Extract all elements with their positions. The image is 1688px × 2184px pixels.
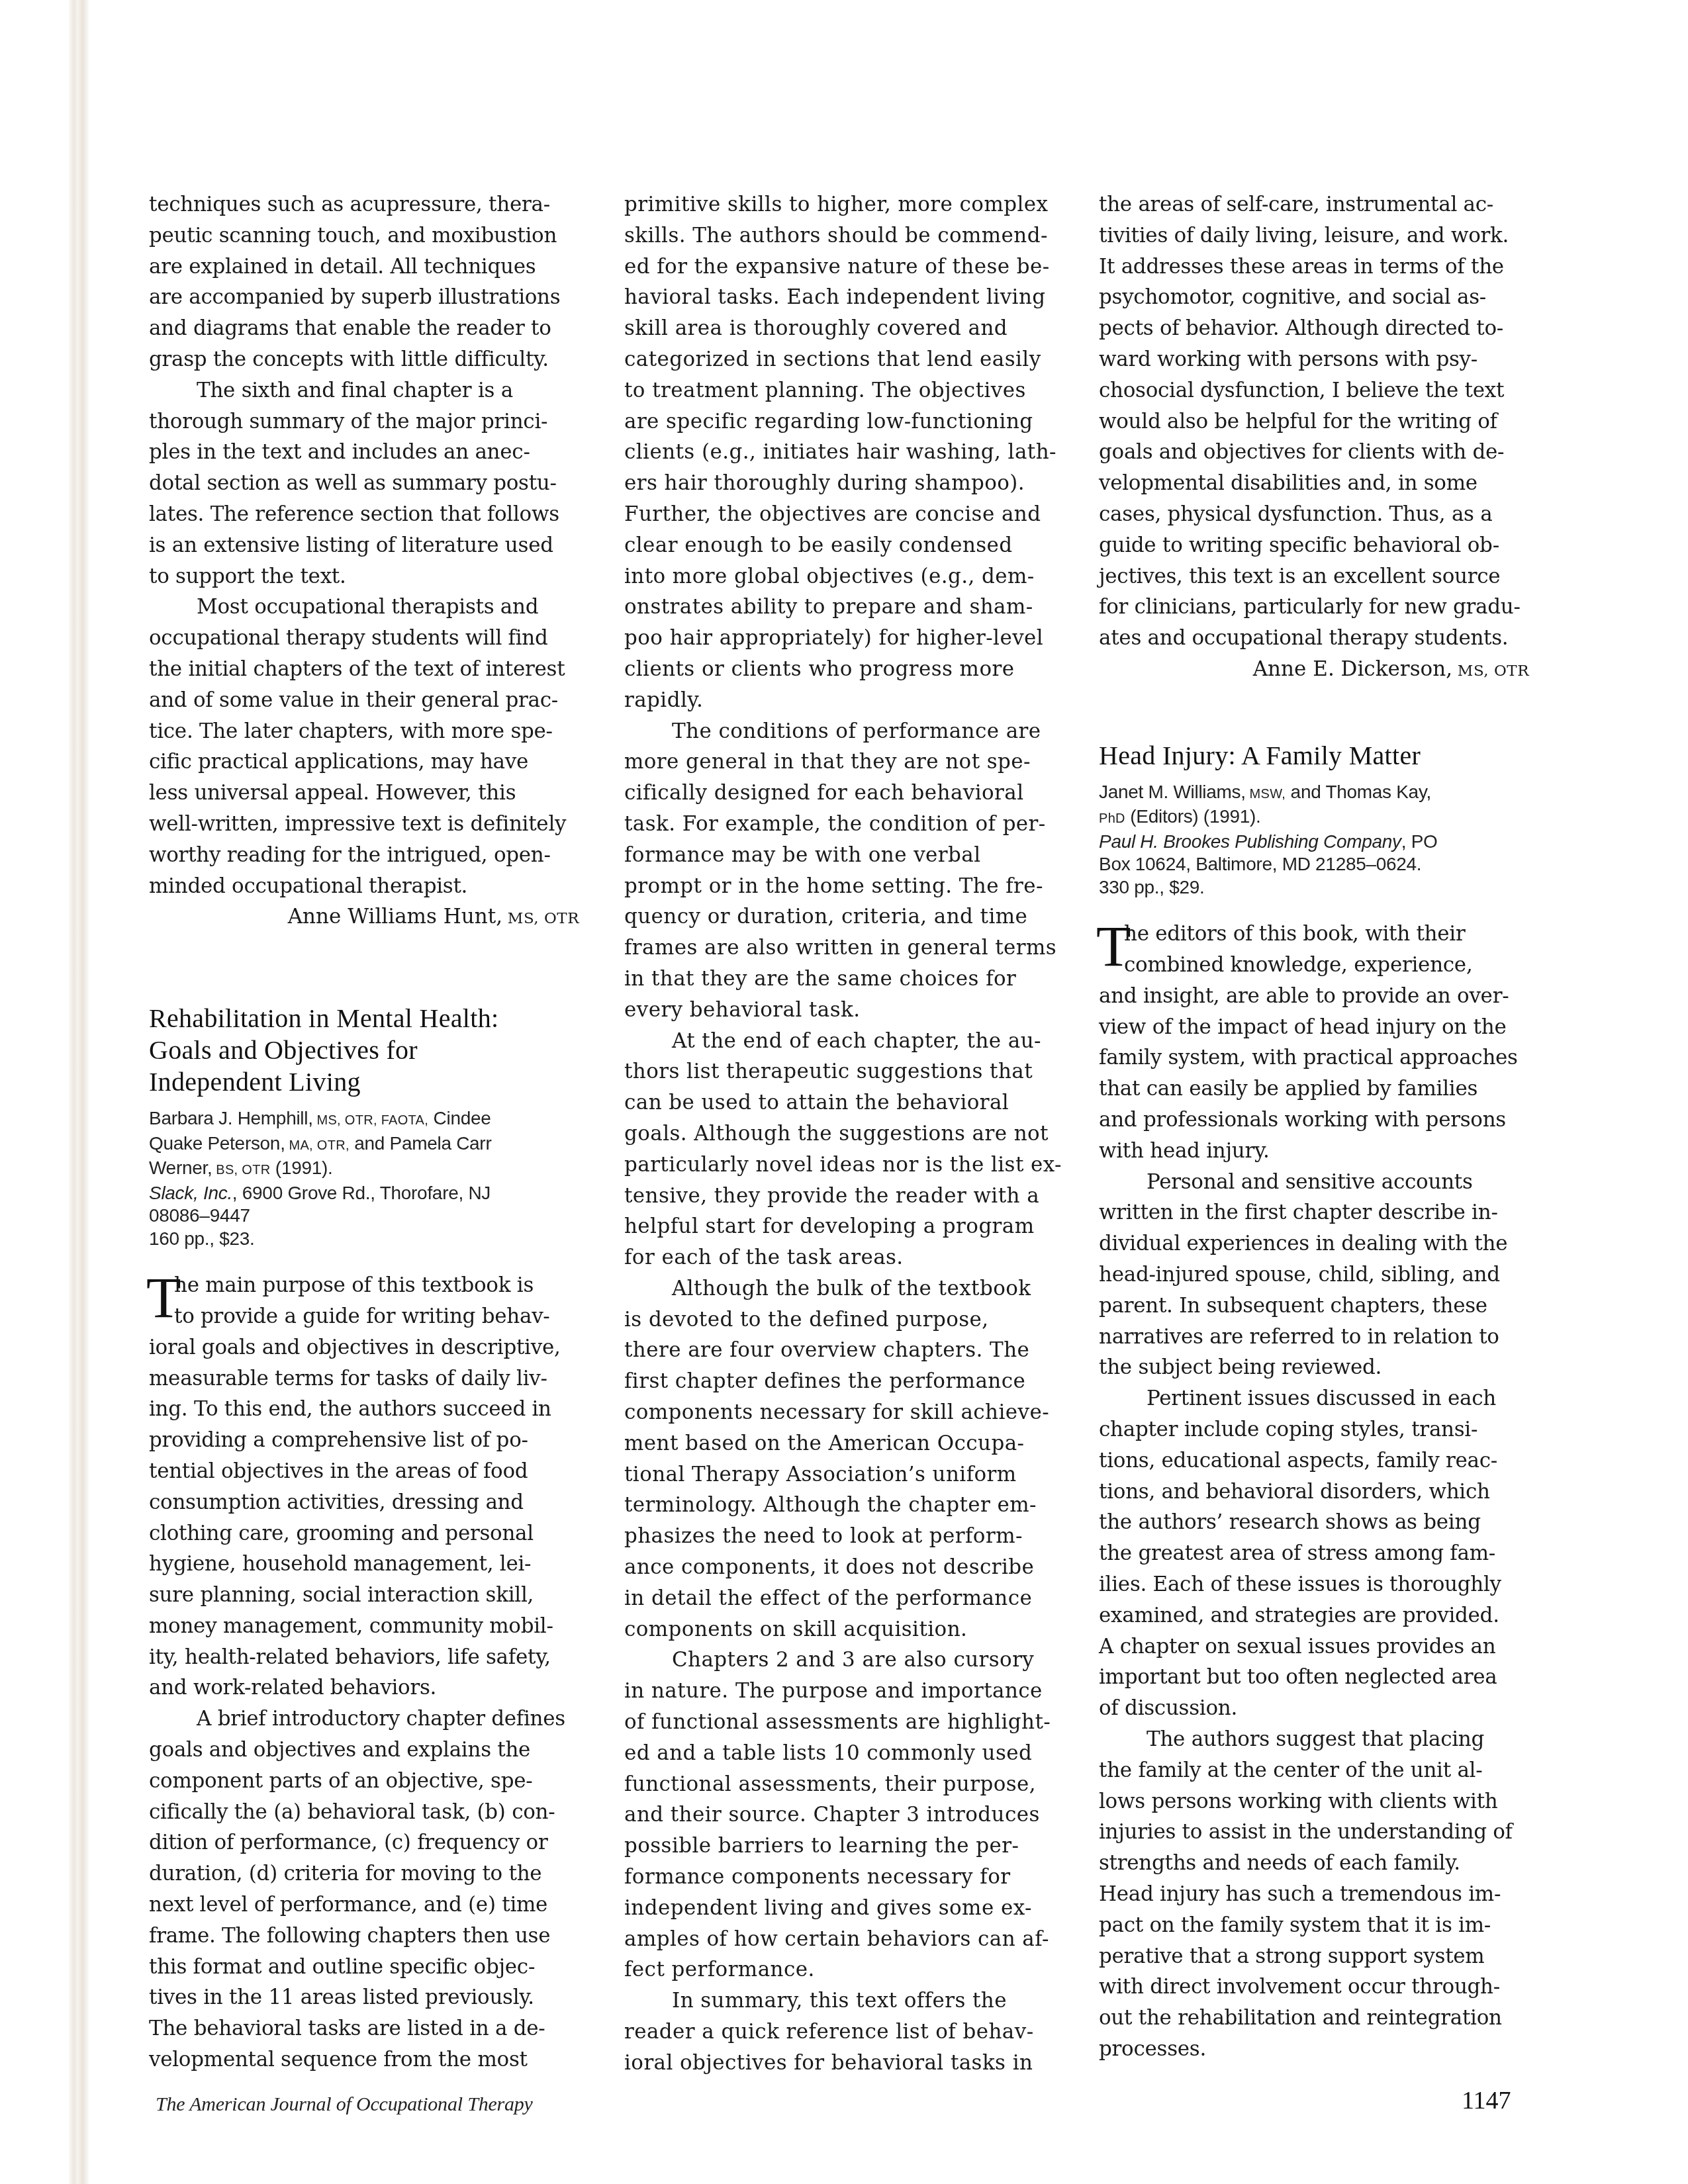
text-line: skills. The authors should be commend- (624, 220, 1055, 251)
review2-paragraph-2: A brief introductory chapter definesgoal… (149, 1704, 579, 2075)
footer-journal-title: The American Journal of Occupational The… (156, 2093, 533, 2116)
text-line: for each of the task areas. (624, 1242, 1055, 1273)
text-line: dotal section as well as summary postu- (149, 468, 579, 499)
author-name: and Pamela Carr (350, 1133, 492, 1154)
text-line: dition of performance, (c) frequency or (149, 1827, 579, 1858)
text-line: amples of how certain behaviors can af- (624, 1924, 1055, 1955)
author-credentials: MSW, (1246, 787, 1286, 801)
review2-paragraph-7: Chapters 2 and 3 are also cursoryin natu… (624, 1645, 1055, 1985)
text-line: velopmental disabilities and, in some (1099, 468, 1529, 499)
text-line: goals and objectives and explains the (149, 1735, 579, 1766)
text-line: havioral tasks. Each independent living (624, 282, 1055, 313)
text-line: clear enough to be easily condensed (624, 530, 1055, 561)
publisher-address-line-2: Box 10624, Baltimore, MD 21285–0624. (1099, 853, 1529, 876)
column-3: the areas of self-care, instrumental ac-… (1099, 189, 1529, 2065)
text-line: dividual experiences in dealing with the (1099, 1228, 1529, 1259)
text-line: sure planning, social interaction skill, (149, 1580, 579, 1611)
text-line: ed for the expansive nature of these be- (624, 251, 1055, 283)
text-line: this format and outline specific objec- (149, 1952, 579, 1983)
text-line: thors list therapeutic suggestions that (624, 1056, 1055, 1087)
text-line: pact on the family system that it is im- (1099, 1910, 1529, 1941)
text-line: to provide a guide for writing behav- (174, 1301, 579, 1332)
text-line: It addresses these areas in terms of the (1099, 251, 1529, 283)
author-name: Janet M. Williams, (1099, 782, 1246, 802)
text-line: At the end of each chapter, the au- (624, 1026, 1055, 1057)
text-line: rapidly. (624, 685, 1055, 716)
review2-title: Rehabilitation in Mental Health: Goals a… (149, 1003, 579, 1098)
text-line: and diagrams that enable the reader to (149, 313, 579, 344)
text-line: The behavioral tasks are listed in a de- (149, 2013, 579, 2044)
author-credentials: PhD (1099, 811, 1125, 826)
text-line: every behavioral task. (624, 995, 1055, 1026)
text-line: clients or clients who progress more (624, 654, 1055, 685)
text-line: the authors’ research shows as being (1099, 1507, 1529, 1538)
review2-signature: Anne E. Dickerson, MS, OTR (1099, 654, 1529, 687)
text-line: task. For example, the condition of per- (624, 809, 1055, 840)
text-line: with direct involvement occur through- (1099, 1972, 1529, 2003)
reviewer-credentials: MS, OTR (1452, 662, 1529, 680)
text-line: In summary, this text offers the (624, 1985, 1055, 2017)
text-line: chapter include coping styles, transi- (1099, 1414, 1529, 1445)
text-line: possible barriers to learning the per- (624, 1831, 1055, 1862)
drop-cap: T (146, 1271, 181, 1324)
page-number: 1147 (1462, 2086, 1511, 2115)
text-line: narratives are referred to in relation t… (1099, 1322, 1529, 1353)
text-line: formance components necessary for (624, 1862, 1055, 1893)
text-line: thorough summary of the major princi- (149, 406, 579, 437)
review3-opening: T he editors of this book, with theircom… (1099, 919, 1529, 981)
text-line: ed and a table lists 10 commonly used (624, 1738, 1055, 1769)
author-name: Barbara J. Hemphill, (149, 1108, 313, 1128)
text-line: terminology. Although the chapter em- (624, 1490, 1055, 1521)
text-line: Further, the objectives are concise and (624, 499, 1055, 530)
text-line: with head injury. (1099, 1136, 1529, 1167)
text-line: family system, with practical approaches (1099, 1042, 1529, 1073)
text-line: primitive skills to higher, more complex (624, 189, 1055, 220)
review2-paragraph-9: the areas of self-care, instrumental ac-… (1099, 189, 1529, 654)
text-line: more general in that they are not spe- (624, 747, 1055, 778)
text-line: tional Therapy Association’s uniform (624, 1459, 1055, 1490)
pages-price: 160 pp., $23. (149, 1228, 579, 1251)
text-line: and their source. Chapter 3 introduces (624, 1799, 1055, 1831)
text-line: helpful start for developing a program (624, 1211, 1055, 1242)
column-1: techniques such as acupressure, thera-pe… (149, 189, 579, 2075)
text-line: are explained in detail. All techniques (149, 251, 579, 283)
text-line: reader a quick reference list of behav- (624, 2017, 1055, 2048)
text-line: tensive, they provide the reader with a (624, 1181, 1055, 1212)
text-line: consumption activities, dressing and (149, 1487, 579, 1518)
reviewer-credentials: MS, OTR (502, 910, 579, 927)
publisher: Paul H. Brookes Publishing Company (1099, 831, 1401, 852)
text-line: prompt or in the home setting. The fre- (624, 871, 1055, 902)
review2-paragraph-1: ioral goals and objectives in descriptiv… (149, 1332, 579, 1704)
text-line: techniques such as acupressure, thera- (149, 189, 579, 220)
review2-paragraph-3: primitive skills to higher, more complex… (624, 189, 1055, 716)
text-line: and professionals working with persons (1099, 1105, 1529, 1136)
text-line: components on skill acquisition. (624, 1614, 1055, 1645)
publisher: Slack, Inc. (149, 1183, 232, 1203)
text-line: The sixth and final chapter is a (149, 375, 579, 406)
review1-paragraph-2: The sixth and final chapter is athorough… (149, 375, 579, 592)
text-line: the initial chapters of the text of inte… (149, 654, 579, 685)
text-line: tivities of daily living, leisure, and w… (1099, 220, 1529, 251)
reviewer-name: Anne E. Dickerson, (1253, 657, 1452, 681)
text-line: functional assessments, their purpose, (624, 1769, 1055, 1800)
text-line: perative that a strong support system (1099, 1941, 1529, 1972)
text-line: measurable terms for tasks of daily liv- (149, 1363, 579, 1394)
text-line: A brief introductory chapter defines (149, 1704, 579, 1735)
text-line: ance components, it does not describe (624, 1552, 1055, 1583)
text-line: that can easily be applied by families (1099, 1073, 1529, 1105)
text-line: head-injured spouse, child, sibling, and (1099, 1259, 1529, 1291)
text-line: to support the text. (149, 561, 579, 592)
text-line: cific practical applications, may have (149, 747, 579, 778)
title-line: Rehabilitation in Mental Health: (149, 1003, 579, 1034)
review2-paragraph-8: In summary, this text offers thereader a… (624, 1985, 1055, 2078)
text-line: ates and occupational therapy students. (1099, 623, 1529, 654)
text-line: tions, and behavioral disorders, which (1099, 1477, 1529, 1508)
text-line: view of the impact of head injury on the (1099, 1012, 1529, 1043)
text-line: lows persons working with clients with (1099, 1786, 1529, 1817)
text-line: The conditions of performance are (624, 716, 1055, 747)
text-line: Head injury has such a tremendous im- (1099, 1879, 1529, 1910)
text-line: Most occupational therapists and (149, 592, 579, 623)
review3-paragraph-2: Personal and sensitive accountswritten i… (1099, 1167, 1529, 1384)
review2-paragraph-5: At the end of each chapter, the au-thors… (624, 1026, 1055, 1273)
text-line: A chapter on sexual issues provides an (1099, 1631, 1529, 1662)
text-line: goals and objectives for clients with de… (1099, 437, 1529, 468)
reviewer-name: Anne Williams Hunt, (288, 905, 502, 929)
text-line: frame. The following chapters then use (149, 1921, 579, 1952)
text-line: tives in the 11 areas listed previously. (149, 1982, 579, 2013)
text-line: component parts of an objective, spe- (149, 1766, 579, 1797)
text-line: fect performance. (624, 1954, 1055, 1985)
column-2: primitive skills to higher, more complex… (624, 189, 1055, 2079)
text-line: he main purpose of this textbook is (174, 1270, 579, 1301)
text-line: are specific regarding low-functioning (624, 406, 1055, 437)
text-line: guide to writing specific behavioral ob- (1099, 530, 1529, 561)
drop-cap: T (1096, 920, 1131, 973)
publisher-address: , PO (1401, 831, 1438, 852)
text-line: independent living and gives some ex- (624, 1893, 1055, 1924)
text-line: money management, community mobil- (149, 1611, 579, 1642)
pages-price: 330 pp., $29. (1099, 876, 1529, 899)
text-line: ing. To this end, the authors succeed in (149, 1394, 579, 1425)
text-line: is devoted to the defined purpose, (624, 1304, 1055, 1336)
text-line: of discussion. (1099, 1693, 1529, 1724)
text-line: velopmental sequence from the most (149, 2044, 579, 2075)
text-line: ioral goals and objectives in descriptiv… (149, 1332, 579, 1363)
text-line: examined, and strategies are provided. (1099, 1600, 1529, 1631)
text-line: processes. (1099, 2034, 1529, 2065)
opening-lines: he main purpose of this textbook isto pr… (174, 1270, 579, 1332)
text-line: formance may be with one verbal (624, 840, 1055, 871)
review3-citation: Janet M. Williams, MSW, and Thomas Kay, … (1099, 781, 1529, 899)
review1-paragraph-3: Most occupational therapists andoccupati… (149, 592, 579, 901)
author-name: Werner, (149, 1158, 212, 1178)
text-line: providing a comprehensive list of po- (149, 1425, 579, 1456)
text-line: Chapters 2 and 3 are also cursory (624, 1645, 1055, 1676)
review3-paragraph-1: and insight, are able to provide an over… (1099, 981, 1529, 1167)
text-line: hygiene, household management, lei- (149, 1549, 579, 1580)
text-line: and work-related behaviors. (149, 1672, 579, 1704)
text-line: ilies. Each of these issues is thoroughl… (1099, 1569, 1529, 1600)
text-line: and insight, are able to provide an over… (1099, 981, 1529, 1012)
text-line: tions, educational aspects, family reac- (1099, 1445, 1529, 1477)
title-line: Goals and Objectives for (149, 1034, 579, 1066)
text-line: the subject being reviewed. (1099, 1352, 1529, 1383)
author-name: Quake Peterson, (149, 1133, 285, 1154)
author-name: Cindee (428, 1108, 491, 1128)
text-line: ity, health-related behaviors, life safe… (149, 1642, 579, 1673)
text-line: written in the first chapter describe in… (1099, 1197, 1529, 1228)
text-line: components necessary for skill achieve- (624, 1397, 1055, 1428)
title-line: Independent Living (149, 1066, 579, 1098)
text-line: cifically the (a) behavioral task, (b) c… (149, 1797, 579, 1828)
review2-citation: Barbara J. Hemphill, MS, OTR, FAOTA, Cin… (149, 1107, 579, 1250)
text-line: out the rehabilitation and reintegration (1099, 2003, 1529, 2034)
text-line: frames are also written in general terms (624, 933, 1055, 964)
text-line: Pertinent issues discussed in each (1099, 1383, 1529, 1414)
author-credentials: MS, OTR, FAOTA, (313, 1113, 428, 1128)
text-line: onstrates ability to prepare and sham- (624, 592, 1055, 623)
text-line: for clinicians, particularly for new gra… (1099, 592, 1529, 623)
text-line: skill area is thoroughly covered and (624, 313, 1055, 344)
text-line: in that they are the same choices for (624, 964, 1055, 995)
text-line: ers hair thoroughly during shampoo). (624, 468, 1055, 499)
text-line: ment based on the American Occupa- (624, 1428, 1055, 1459)
text-line: clients (e.g., initiates hair washing, l… (624, 437, 1055, 468)
text-line: less universal appeal. However, this (149, 778, 579, 809)
text-line: injuries to assist in the understanding … (1099, 1817, 1529, 1848)
text-line: combined knowledge, experience, (1124, 950, 1529, 981)
text-line: he editors of this book, with their (1124, 919, 1529, 950)
scan-edge-artifact (69, 0, 89, 2184)
text-line: in nature. The purpose and importance (624, 1676, 1055, 1707)
review1-paragraph-1: techniques such as acupressure, thera-pe… (149, 189, 579, 375)
text-line: peutic scanning touch, and moxibustion (149, 220, 579, 251)
text-line: cifically designed for each behavioral (624, 778, 1055, 809)
review2-opening: T he main purpose of this textbook isto … (149, 1270, 579, 1332)
text-line: would also be helpful for the writing of (1099, 406, 1529, 437)
text-line: minded occupational therapist. (149, 871, 579, 902)
text-line: phasizes the need to look at perform- (624, 1521, 1055, 1552)
publication-year: (1991). (270, 1158, 332, 1178)
text-line: quency or duration, criteria, and time (624, 901, 1055, 933)
text-line: first chapter defines the performance (624, 1366, 1055, 1397)
author-credentials: BS, OTR (212, 1163, 270, 1177)
review1-signature: Anne Williams Hunt, MS, OTR (149, 901, 579, 934)
text-line: goals. Although the suggestions are not (624, 1118, 1055, 1150)
text-line: the family at the center of the unit al- (1099, 1755, 1529, 1786)
review2-paragraph-4: The conditions of performance aremore ge… (624, 716, 1055, 1026)
text-line: psychomotor, cognitive, and social as- (1099, 282, 1529, 313)
text-line: clothing care, grooming and personal (149, 1518, 579, 1549)
text-line: strengths and needs of each family. (1099, 1848, 1529, 1879)
text-line: to treatment planning. The objectives (624, 375, 1055, 406)
text-line: important but too often neglected area (1099, 1662, 1529, 1693)
text-line: the greatest area of stress among fam- (1099, 1538, 1529, 1569)
text-line: is an extensive listing of literature us… (149, 530, 579, 561)
text-line: Personal and sensitive accounts (1099, 1167, 1529, 1198)
text-line: ward working with persons with psy- (1099, 344, 1529, 375)
text-line: tential objectives in the areas of food (149, 1456, 579, 1487)
text-line: the areas of self-care, instrumental ac- (1099, 189, 1529, 220)
text-line: poo hair appropriately) for higher-level (624, 623, 1055, 654)
text-line: parent. In subsequent chapters, these (1099, 1291, 1529, 1322)
publication-year: (Editors) (1991). (1125, 806, 1261, 827)
text-line: ioral objectives for behavioral tasks in (624, 2048, 1055, 2079)
text-line: chosocial dysfunction, I believe the tex… (1099, 375, 1529, 406)
text-line: are accompanied by superb illustrations (149, 282, 579, 313)
text-line: The authors suggest that placing (1099, 1724, 1529, 1755)
text-line: into more global objectives (e.g., dem- (624, 561, 1055, 592)
text-line: next level of performance, and (e) time (149, 1889, 579, 1921)
author-credentials: MA, OTR, (285, 1138, 350, 1153)
text-line: of functional assessments are highlight- (624, 1707, 1055, 1738)
text-line: lates. The reference section that follow… (149, 499, 579, 530)
text-line: there are four overview chapters. The (624, 1335, 1055, 1366)
review3-paragraph-3: Pertinent issues discussed in eachchapte… (1099, 1383, 1529, 1724)
publisher-address: , 6900 Grove Rd., Thorofare, NJ (232, 1183, 491, 1203)
author-name: and Thomas Kay, (1286, 782, 1431, 802)
review2-paragraph-6: Although the bulk of the textbookis devo… (624, 1273, 1055, 1645)
text-line: well-written, impressive text is definit… (149, 809, 579, 840)
text-line: ples in the text and includes an anec- (149, 437, 579, 468)
text-line: Although the bulk of the textbook (624, 1273, 1055, 1304)
text-line: in detail the effect of the performance (624, 1583, 1055, 1614)
text-line: pects of behavior. Although directed to- (1099, 313, 1529, 344)
text-line: grasp the concepts with little difficult… (149, 344, 579, 375)
text-line: tice. The later chapters, with more spe- (149, 716, 579, 747)
text-line: worthy reading for the intrigued, open- (149, 840, 579, 871)
text-line: duration, (d) criteria for moving to the (149, 1858, 579, 1889)
text-line: can be used to attain the behavioral (624, 1087, 1055, 1118)
opening-lines: he editors of this book, with theircombi… (1124, 919, 1529, 981)
text-line: categorized in sections that lend easily (624, 344, 1055, 375)
text-line: occupational therapy students will find (149, 623, 579, 654)
review3-paragraph-4: The authors suggest that placingthe fami… (1099, 1724, 1529, 2065)
text-line: particularly novel ideas nor is the list… (624, 1150, 1055, 1181)
publisher-zip: 08086–9447 (149, 1205, 579, 1228)
text-line: jectives, this text is an excellent sour… (1099, 561, 1529, 592)
text-line: cases, physical dysfunction. Thus, as a (1099, 499, 1529, 530)
text-line: and of some value in their general prac- (149, 685, 579, 716)
review3-title: Head Injury: A Family Matter (1099, 740, 1529, 772)
